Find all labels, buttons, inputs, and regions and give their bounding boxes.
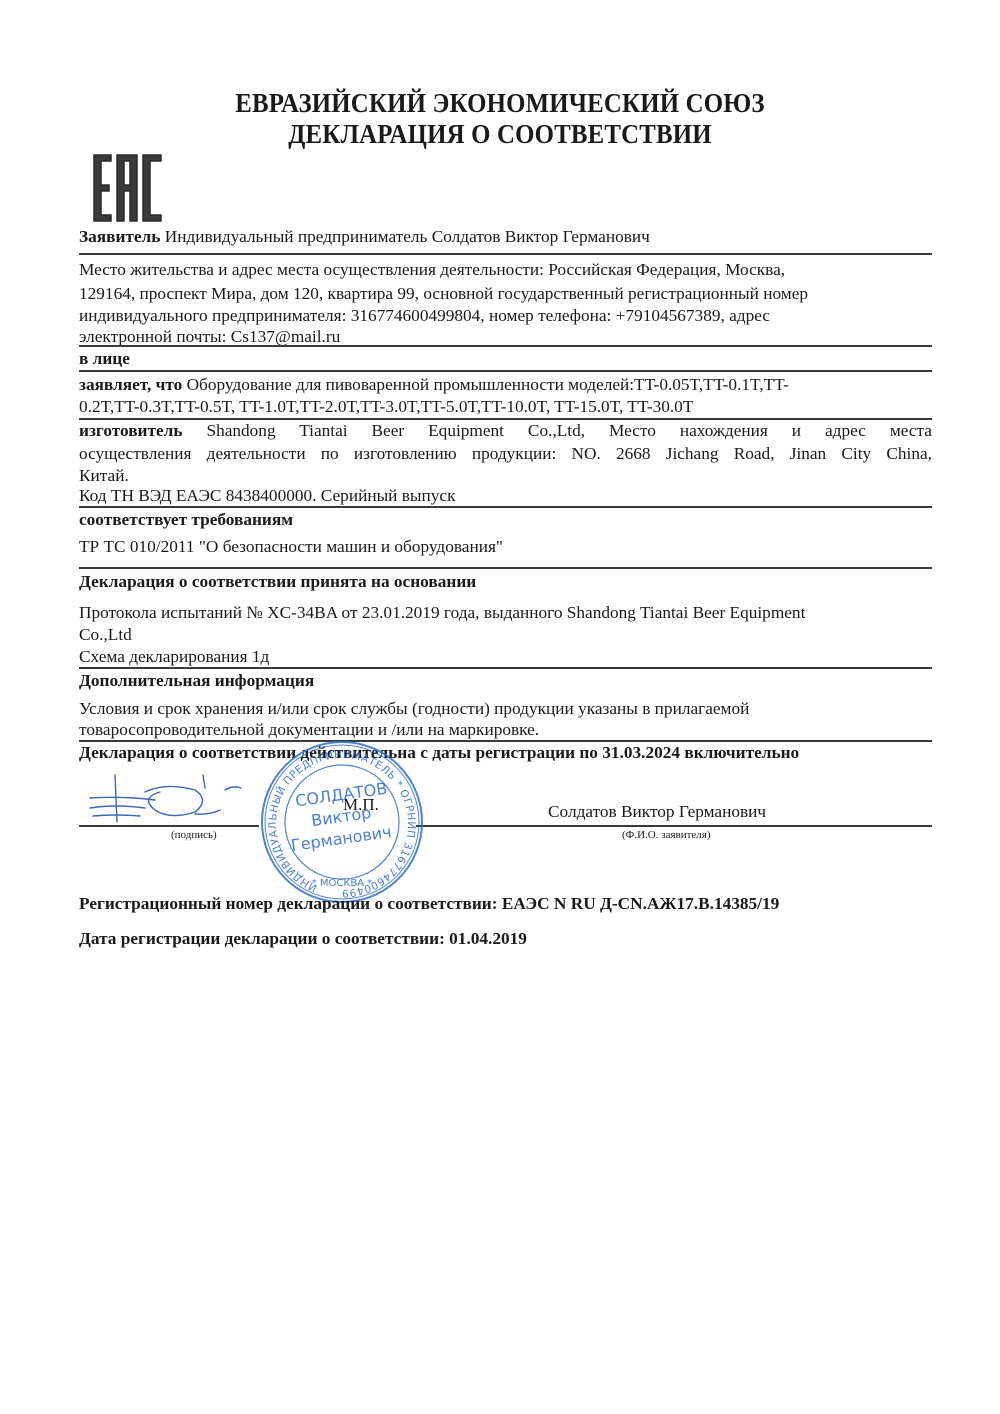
document-title: ДЕКЛАРАЦИЯ О СООТВЕТСТВИИ [40,119,960,150]
divider [79,506,932,508]
basis-line-1: Протокола испытаний № XC-34BA от 23.01.2… [79,603,805,623]
signature-scribble-icon [85,770,245,830]
represented-by-label: в лице [79,349,130,369]
svg-text:Германович: Германович [290,822,393,855]
signature-caption: (подпись) [171,829,217,841]
requirements-label: соответствует требованиям [79,510,293,530]
declares-line-1: заявляет, что Оборудование для пивоварен… [79,375,789,395]
manufacturer-label: изготовитель [79,421,182,440]
divider [79,253,932,255]
basis-label-text: Декларация о соответствии принята на осн… [79,572,476,591]
address-line-1: Место жительства и адрес места осуществл… [79,260,785,280]
additional-label-text: Дополнительная информация [79,671,314,690]
registration-date-row: Дата регистрации декларации о соответств… [79,929,527,949]
validity-statement: Декларация о соответствии действительна … [79,743,799,763]
declaration-scheme: Схема декларирования 1д [79,647,269,667]
manufacturer-text-1: Shandong Tiantai Beer Equipment Co.,Ltd,… [206,421,932,440]
registration-date-value: 01.04.2019 [449,929,527,948]
basis-label: Декларация о соответствии принята на осн… [79,572,476,592]
svg-text:СОЛДАТОВ: СОЛДАТОВ [294,779,388,811]
requirements-value: ТР ТС 010/2011 "О безопасности машин и о… [79,537,503,557]
manufacturer-line-1: изготовитель Shandong Tiantai Beer Equip… [79,421,932,441]
divider [79,667,932,669]
divider [79,740,932,742]
declares-label: заявляет, что [79,375,182,394]
name-caption: (Ф.И.О. заявителя) [622,829,711,841]
additional-line-1: Условия и срок хранения и/или срок служб… [79,699,749,719]
additional-line-2: товаросопроводительной документации и /и… [79,720,539,740]
registration-number-value: ЕАЭС N RU Д-CN.АЖ17.В.14385/19 [502,894,779,913]
divider [79,370,932,372]
applicant-row: Заявитель Индивидуальный предприниматель… [79,227,650,247]
eac-logo-icon [93,154,163,222]
divider [79,418,932,420]
basis-line-2: Co.,Ltd [79,625,132,645]
hs-code: Код ТН ВЭД ЕАЭС 8438400000. Серийный вып… [79,486,455,506]
address-line-2: 129164, проспект Мира, дом 120, квартира… [79,284,808,304]
applicant-signature-name: Солдатов Виктор Германович [548,802,766,822]
applicant-label: Заявитель [79,227,160,246]
registration-date-label: Дата регистрации декларации о соответств… [79,929,445,948]
manufacturer-line-3: Китай. [79,466,129,486]
requirements-label-text: соответствует требованиям [79,510,293,529]
union-title: ЕВРАЗИЙСКИЙ ЭКОНОМИЧЕСКИЙ СОЮЗ [40,88,960,119]
represented-by-text: в лице [79,349,130,368]
address-line-3: индивидуального предпринимателя: 3167746… [79,306,770,326]
additional-label: Дополнительная информация [79,671,314,691]
applicant-value: Индивидуальный предприниматель Солдатов … [165,227,650,246]
registration-number-label: Регистрационный номер декларации о соотв… [79,894,498,913]
declares-text-1: Оборудование для пивоваренной промышленн… [187,375,789,394]
address-line-4: электронной почты: Cs137@mail.ru [79,327,340,347]
official-stamp-icon: ИНДИВИДУАЛЬНЫЙ ПРЕДПРИНИМАТЕЛЬ * ОГРНИП … [255,738,429,906]
registration-number-row: Регистрационный номер декларации о соотв… [79,894,779,914]
signature-line [79,825,259,827]
manufacturer-line-2: осуществления деятельности по изготовлен… [79,444,932,464]
svg-text:* МОСКВА *: * МОСКВА * [312,878,373,889]
divider [79,345,932,347]
name-line [416,825,932,827]
divider [79,567,932,569]
declares-line-2: 0.2T,TT-0.3T,TT-0.5T, TT-1.0T,TT-2.0T,TT… [79,397,693,417]
